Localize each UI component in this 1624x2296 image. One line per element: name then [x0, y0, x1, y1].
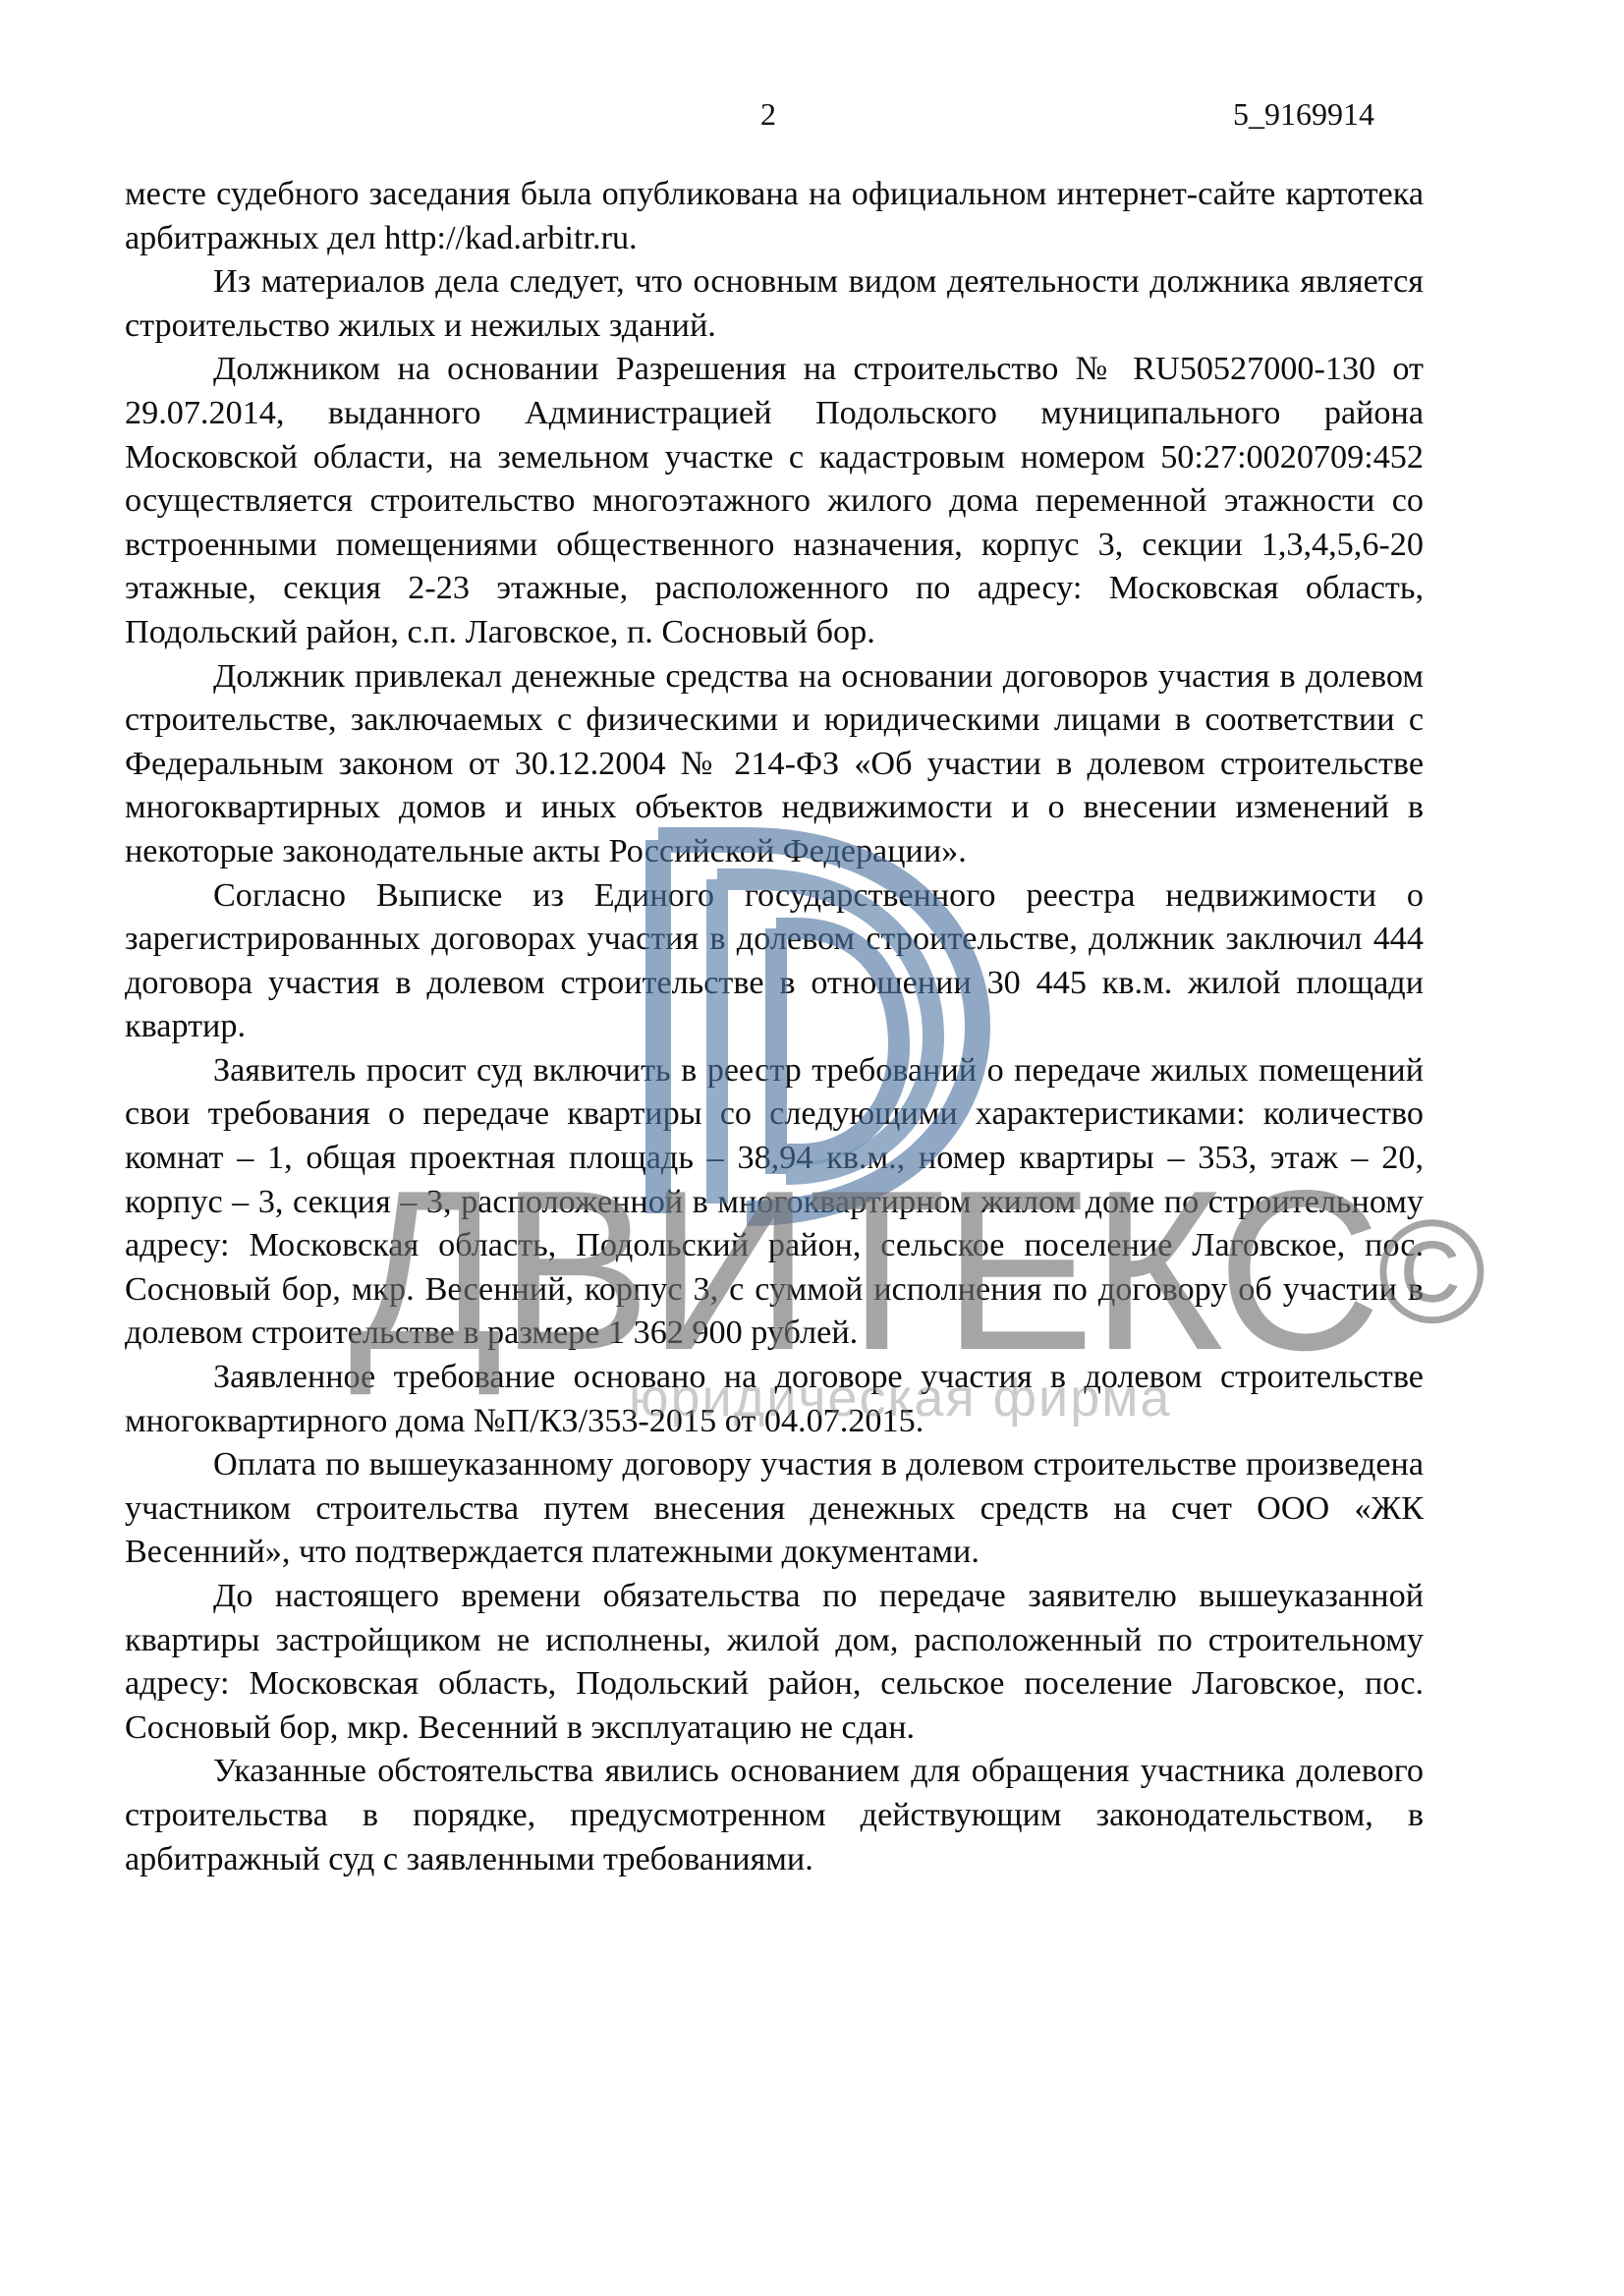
paragraph: Заявленное требование основано на догово… [125, 1356, 1424, 1443]
paragraph: Согласно Выписке из Единого государствен… [125, 874, 1424, 1049]
paragraph: Указанные обстоятельства явились основан… [125, 1750, 1424, 1881]
document-id: 5_9169914 [1233, 96, 1374, 133]
paragraph: Должник привлекал денежные средства на о… [125, 655, 1424, 874]
paragraph: Из материалов дела следует, что основным… [125, 260, 1424, 348]
document-page: 2 5_9169914 месте судебного заседания бы… [0, 0, 1624, 2296]
paragraph: Должником на основании Разрешения на стр… [125, 348, 1424, 654]
paragraph: До настоящего времени обязательства по п… [125, 1575, 1424, 1750]
paragraph: месте судебного заседания была опубликов… [125, 173, 1424, 260]
document-body: месте судебного заседания была опубликов… [125, 173, 1424, 1881]
page-number: 2 [760, 96, 776, 133]
paragraph: Заявитель просит суд включить в реестр т… [125, 1049, 1424, 1356]
page-header: 2 5_9169914 [0, 96, 1624, 136]
paragraph: Оплата по вышеуказанному договору участи… [125, 1443, 1424, 1575]
